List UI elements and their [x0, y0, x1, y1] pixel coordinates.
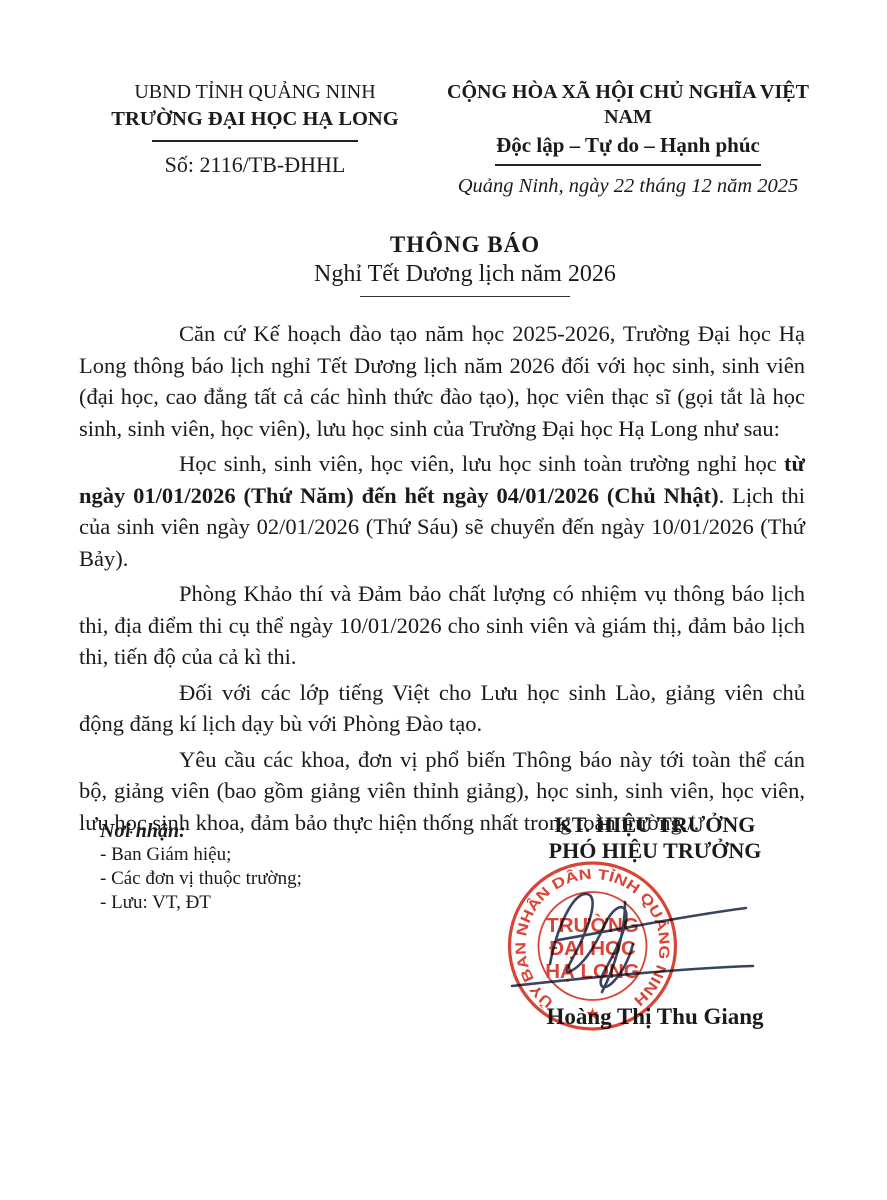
recipient-item: - Ban Giám hiệu; — [100, 843, 430, 867]
signer-title-1: KT. HIỆU TRƯỞNG — [500, 812, 810, 838]
handwritten-signature — [505, 872, 805, 1004]
recipient-item: - Các đơn vị thuộc trường; — [100, 867, 430, 891]
document-number: Số: 2116/TB-ĐHHL — [96, 151, 414, 179]
document-title: THÔNG BÁO — [140, 232, 790, 258]
stamp-star-icon: ★ — [585, 1006, 599, 1023]
signature-title-block: KT. HIỆU TRƯỞNG PHÓ HIỆU TRƯỞNG — [500, 812, 810, 864]
header-national-motto: CỘNG HÒA XÃ HỘI CHỦ NGHĨA VIỆT NAM Độc l… — [428, 80, 828, 200]
document-title-block: THÔNG BÁO Nghỉ Tết Dương lịch năm 2026 — [140, 232, 790, 297]
document-page: UBND TỈNH QUẢNG NINH TRƯỜNG ĐẠI HỌC HẠ L… — [0, 0, 887, 1200]
national-title: CỘNG HÒA XÃ HỘI CHỦ NGHĨA VIỆT NAM — [428, 80, 828, 130]
recipients-label: Nơi nhận: — [100, 820, 430, 843]
document-subtitle: Nghỉ Tết Dương lịch năm 2026 — [140, 261, 790, 288]
motto-underline — [495, 164, 761, 166]
paragraph-3: Phòng Khảo thí và Đảm bảo chất lượng có … — [79, 578, 805, 673]
header-issuing-agency: UBND TỈNH QUẢNG NINH TRƯỜNG ĐẠI HỌC HẠ L… — [96, 80, 414, 178]
paragraph-2: Học sinh, sinh viên, học viên, lưu học s… — [79, 448, 805, 574]
recipients-block: Nơi nhận: - Ban Giám hiệu; - Các đơn vị … — [100, 820, 430, 915]
agency-name: TRƯỜNG ĐẠI HỌC HẠ LONG — [96, 107, 414, 133]
agency-underline — [152, 140, 358, 142]
place-dateline: Quảng Ninh, ngày 22 tháng 12 năm 2025 — [428, 174, 828, 200]
recipient-item: - Lưu: VT, ĐT — [100, 891, 430, 915]
national-motto: Độc lập – Tự do – Hạnh phúc — [428, 132, 828, 158]
paragraph-1: Căn cứ Kế hoạch đào tạo năm học 2025-202… — [79, 318, 805, 444]
agency-parent: UBND TỈNH QUẢNG NINH — [96, 80, 414, 105]
document-body: Căn cứ Kế hoạch đào tạo năm học 2025-202… — [79, 318, 805, 842]
title-underline — [360, 296, 570, 297]
paragraph-4: Đối với các lớp tiếng Việt cho Lưu học s… — [79, 677, 805, 740]
